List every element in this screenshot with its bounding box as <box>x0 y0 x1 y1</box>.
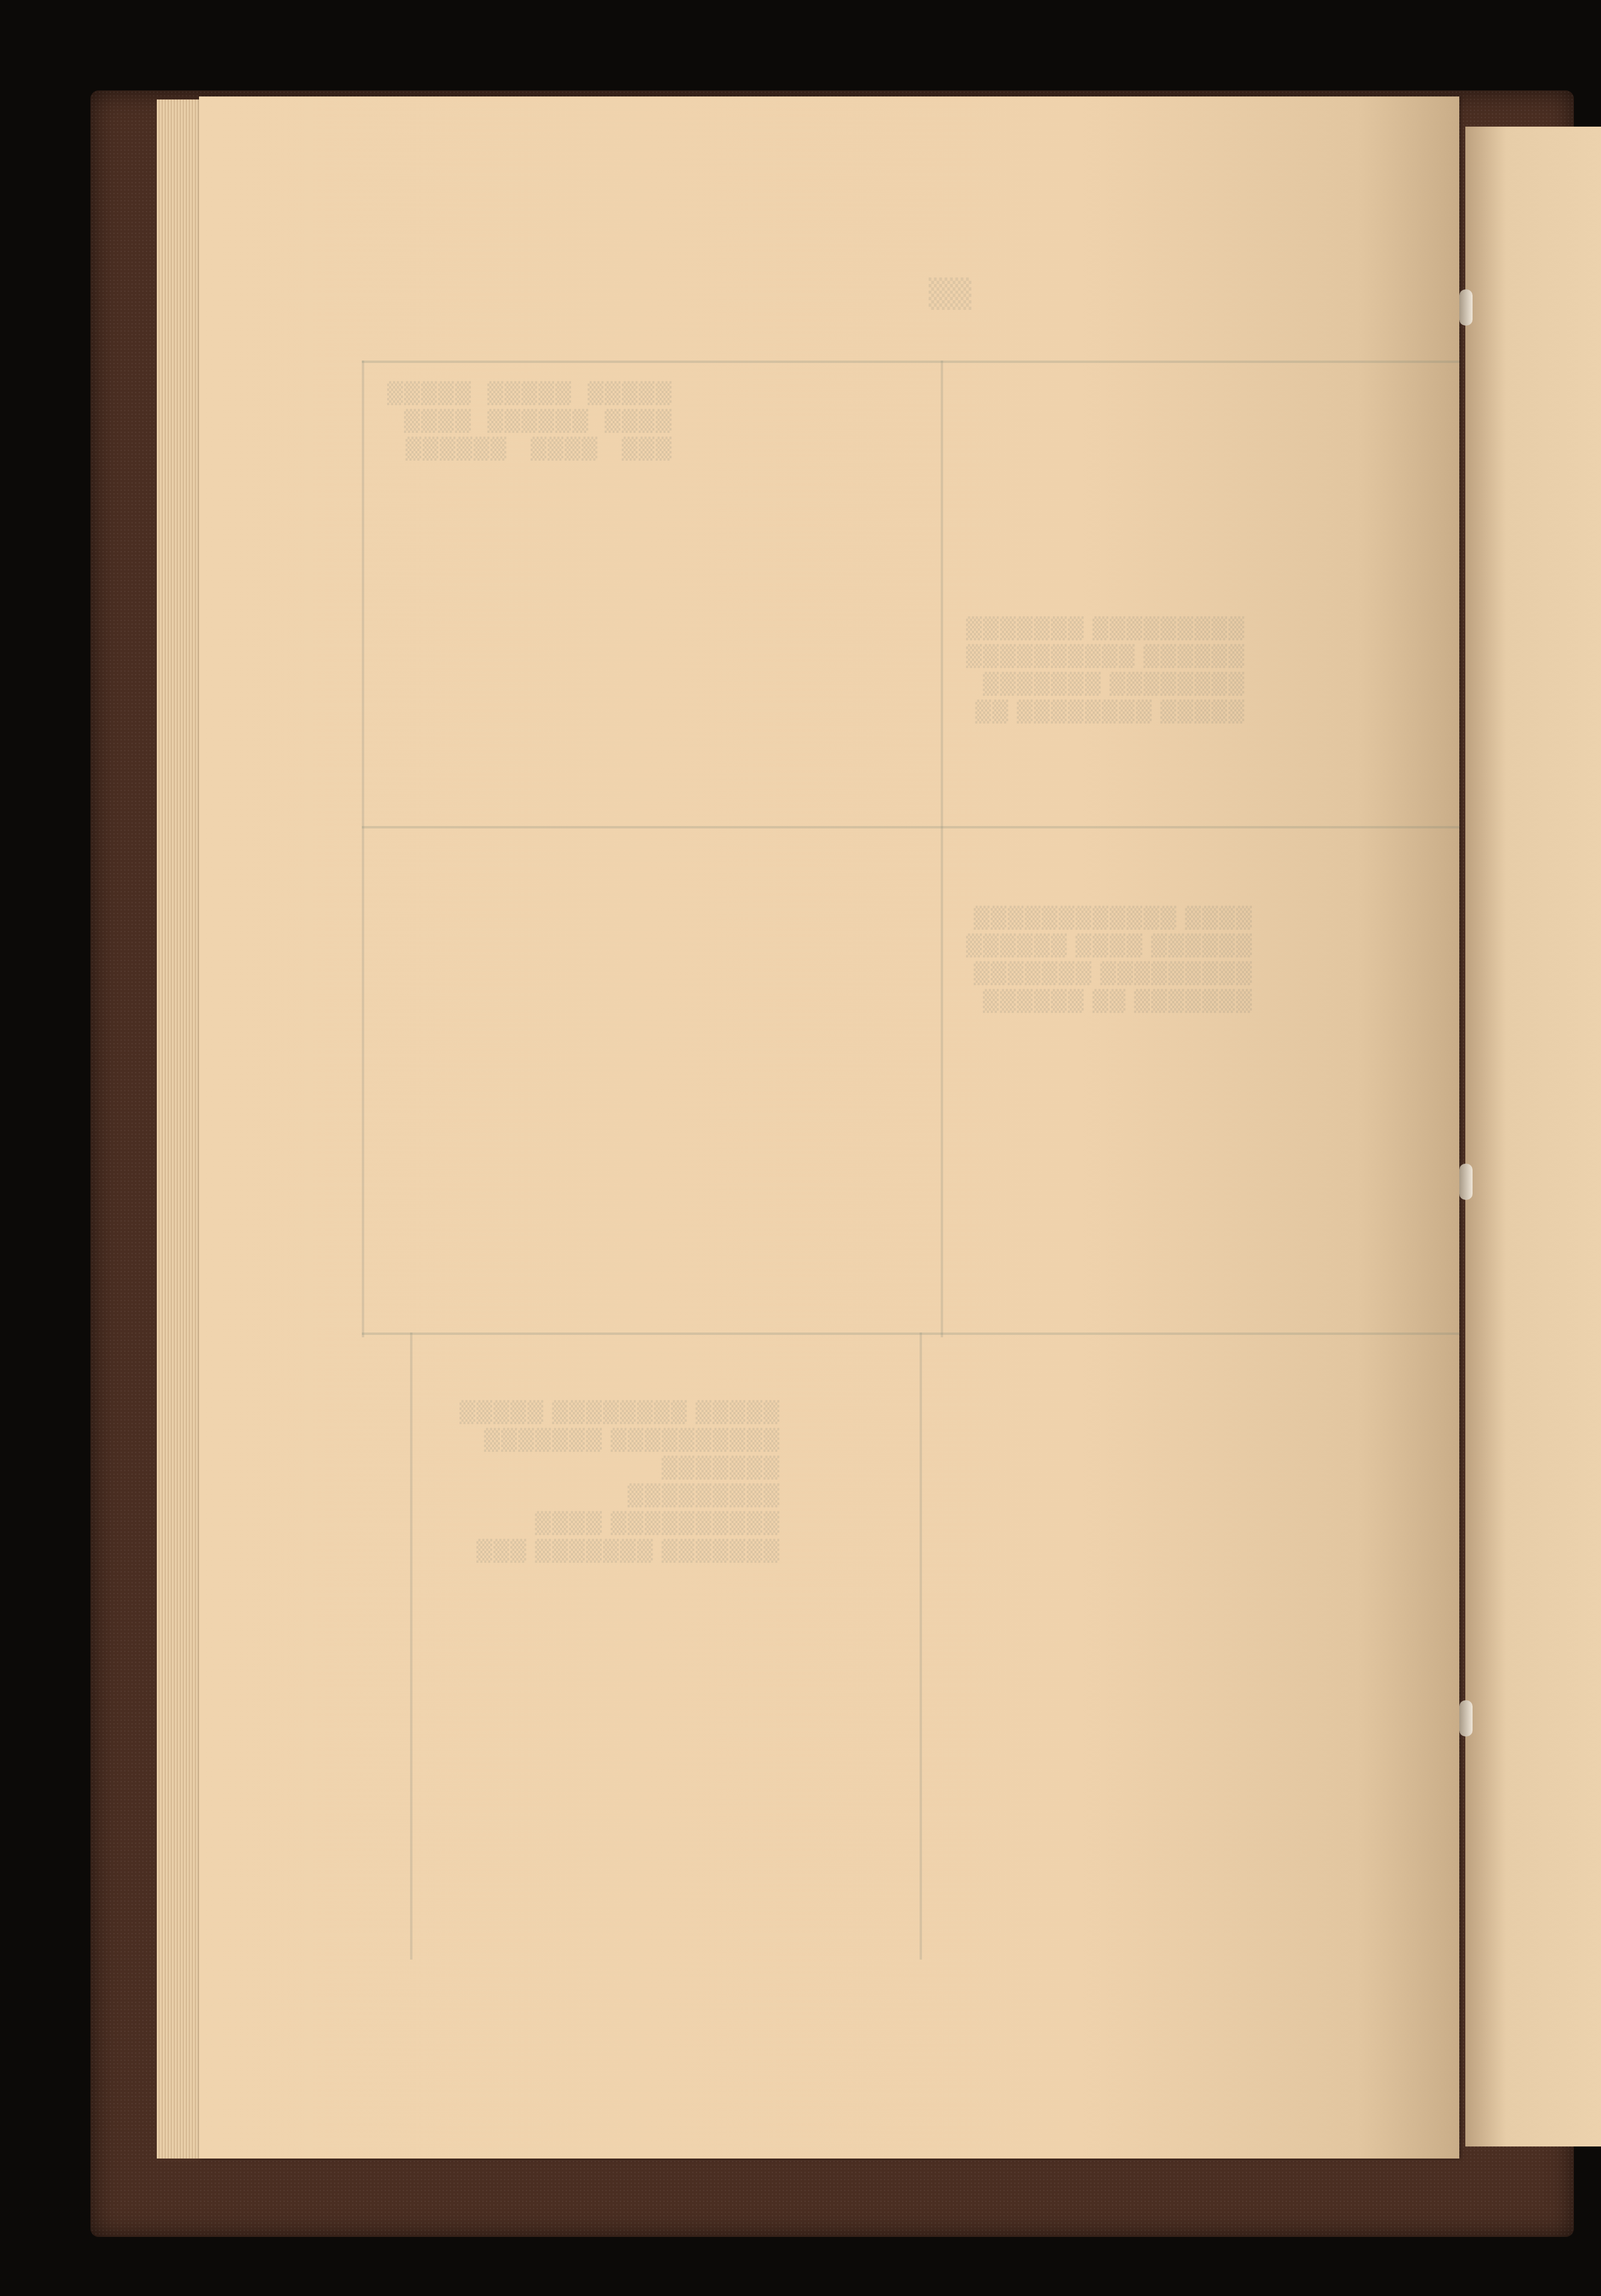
facing-page-edge <box>1465 127 1601 2146</box>
table-column-rule <box>362 361 364 1337</box>
show-through-text-block: ▒▒▒▒▒ ▒▒▒▒▒▒▒▒ ▒▒▒▒▒ ▒▒▒▒▒▒▒▒▒▒ ▒▒▒▒▒▒▒ … <box>458 1399 779 1565</box>
page-clip <box>1459 1164 1473 1200</box>
show-through-text-block: ▒▒▒▒▒▒▒▒▒ ▒▒▒▒▒▒▒ ▒▒▒▒▒▒ ▒▒▒▒▒▒▒▒▒▒ ▒▒▒▒… <box>965 615 1244 726</box>
table-rule <box>362 826 1459 828</box>
table-column-rule <box>410 1332 412 1960</box>
table-rule <box>362 1332 1459 1335</box>
page-clip <box>1459 289 1473 326</box>
page-clip <box>1459 1700 1473 1736</box>
show-through-text-block: ▒▒▒▒▒ ▒▒▒▒▒ ▒▒▒▒▒ ▒▒▒▒ ▒▒▒▒▒▒ ▒▒▒▒ ▒▒▒ ▒… <box>386 380 671 463</box>
table-column-rule <box>920 1332 922 1960</box>
table-column-rule <box>941 361 943 1337</box>
page-number-ghost: ▒▒ <box>929 277 971 310</box>
table-top-rule <box>362 361 1459 363</box>
show-through-text-block: ▒▒▒▒ ▒▒▒▒▒▒▒▒▒▒▒▒ ▒▒▒▒▒▒ ▒▒▒▒ ▒▒▒▒▒▒ ▒▒▒… <box>965 904 1252 1015</box>
